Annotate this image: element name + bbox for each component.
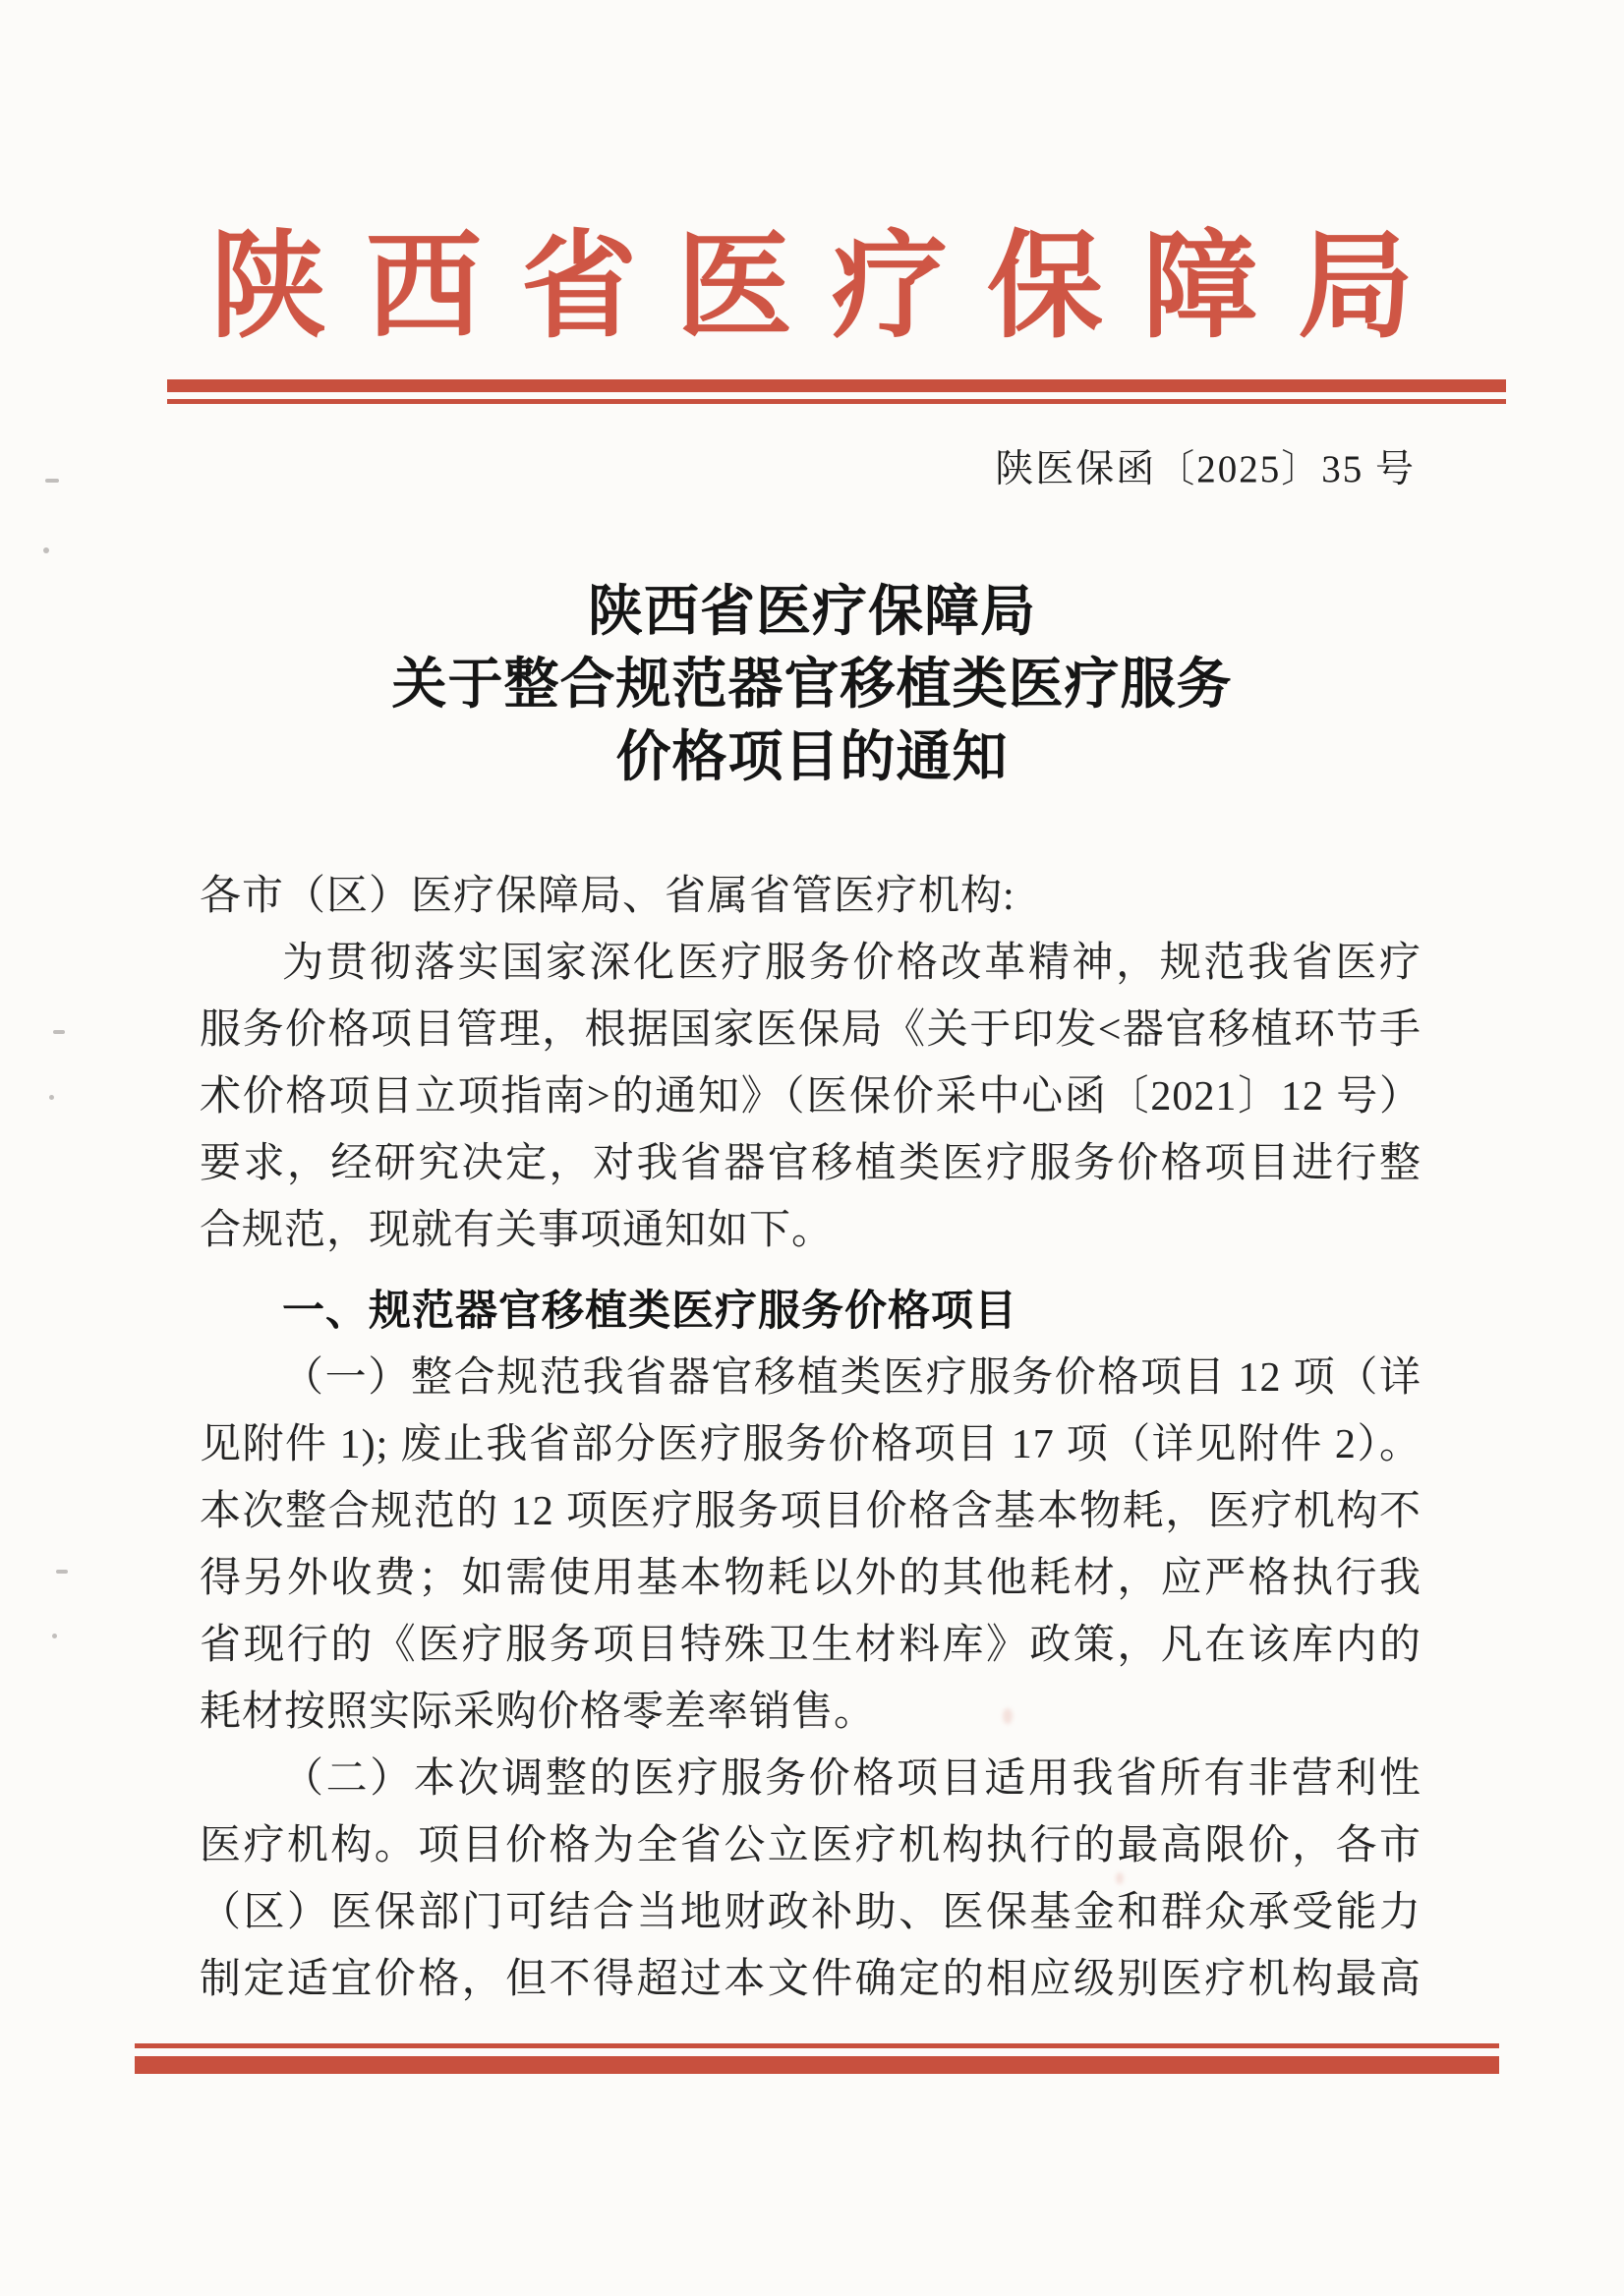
- scan-smudge: [1116, 1872, 1124, 1884]
- salutation: 各市（区）医疗保障局、省属省管医疗机构:: [200, 863, 1421, 930]
- separator-thin-rule: [167, 399, 1506, 404]
- scan-artifact: [49, 1095, 54, 1100]
- document-body: 各市（区）医疗保障局、省属省管医疗机构: 为贯彻落实国家深化医疗服务价格改革精神…: [200, 863, 1421, 2013]
- title-line-2: 关于整合规范器官移植类医疗服务: [0, 649, 1624, 721]
- body-line: 医疗机构。项目价格为全省公立医疗机构执行的最高限价，各市: [200, 1812, 1421, 1879]
- scan-smudge: [1003, 1708, 1013, 1724]
- body-line: 要求，经研究决定，对我省器官移植类医疗服务价格项目进行整: [200, 1130, 1421, 1197]
- body-line: 合规范，现就有关事项通知如下。: [200, 1197, 1421, 1264]
- scan-artifact: [53, 1030, 65, 1034]
- footer-separator: [135, 2043, 1499, 2074]
- body-line: 术价格项目立项指南>的通知》（医保价采中心函〔2021〕12 号）: [200, 1063, 1421, 1130]
- body-line: 本次整合规范的 12 项医疗服务项目价格含基本物耗，医疗机构不: [200, 1478, 1421, 1545]
- body-line: 耗材按照实际采购价格零差率销售。: [200, 1679, 1421, 1746]
- document-title: 陕西省医疗保障局 关于整合规范器官移植类医疗服务 价格项目的通知: [0, 576, 1624, 794]
- body-line: （一）整合规范我省器官移植类医疗服务价格项目 12 项（详: [200, 1345, 1421, 1411]
- body-line: 得另外收费；如需使用基本物耗以外的其他耗材，应严格执行我: [200, 1545, 1421, 1612]
- scan-artifact: [52, 1634, 57, 1638]
- section-heading: 一、规范器官移植类医疗服务价格项目: [200, 1278, 1421, 1345]
- title-line-1: 陕西省医疗保障局: [0, 576, 1624, 649]
- body-line: （区）医保部门可结合当地财政补助、医保基金和群众承受能力: [200, 1879, 1421, 1946]
- body-line: 为贯彻落实国家深化医疗服务价格改革精神，规范我省医疗: [200, 930, 1421, 997]
- scan-artifact: [56, 1570, 68, 1574]
- body-line: 服务价格项目管理，根据国家医保局《关于印发<器官移植环节手: [200, 997, 1421, 1063]
- body-line: 省现行的《医疗服务项目特殊卫生材料库》政策，凡在该库内的: [200, 1612, 1421, 1679]
- body-line: 见附件 1); 废止我省部分医疗服务价格项目 17 项（详见附件 2）。: [200, 1411, 1421, 1478]
- header-separator: [167, 379, 1506, 404]
- scan-artifact: [45, 479, 59, 483]
- body-line: 制定适宜价格，但不得超过本文件确定的相应级别医疗机构最高: [200, 1946, 1421, 2013]
- document-page: 陕西省医疗保障局 陕医保函〔2025〕35 号 陕西省医疗保障局 关于整合规范器…: [0, 0, 1624, 2296]
- separator-thick-rule: [167, 379, 1506, 392]
- scan-artifact: [43, 547, 49, 553]
- letterhead-title: 陕西省医疗保障局: [0, 218, 1624, 358]
- body-line: （二）本次调整的医疗服务价格项目适用我省所有非营利性: [200, 1746, 1421, 1812]
- title-line-3: 价格项目的通知: [0, 721, 1624, 794]
- document-number: 陕医保函〔2025〕35 号: [995, 444, 1416, 495]
- separator-thin-rule: [135, 2043, 1499, 2048]
- separator-thick-rule: [135, 2056, 1499, 2074]
